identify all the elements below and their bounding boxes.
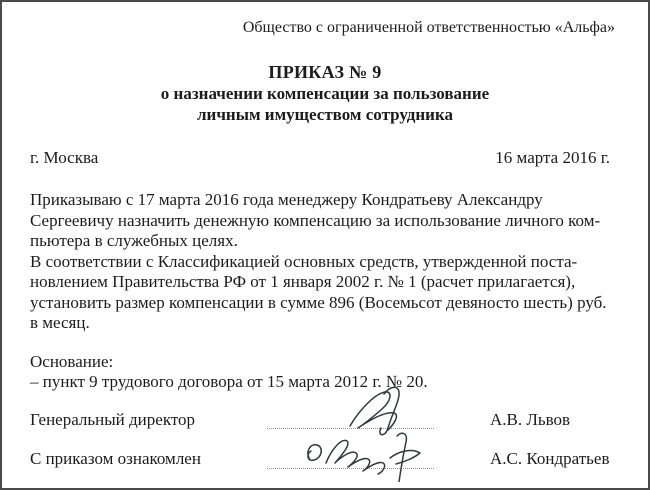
director-role-label: Генеральный директор <box>30 410 195 430</box>
place-date-row: г. Москва 16 марта 2016 г. <box>30 147 610 168</box>
director-signature-line <box>267 428 434 429</box>
order-title: ПРИКАЗ № 9 <box>2 62 648 83</box>
body-line: новлением Правительства РФ от 1 января 2… <box>30 272 624 293</box>
employee-role-label: С приказом ознакомлен <box>30 449 201 469</box>
body-line: Приказываю с 17 марта 2016 года менеджер… <box>30 190 624 211</box>
order-subtitle-line-2: личным имуществом сотрудника <box>2 104 648 125</box>
body-line: В соответствии с Классификацией основных… <box>30 252 624 273</box>
company-name: Общество с ограниченной ответственностью… <box>2 2 648 38</box>
employee-signature-line <box>267 468 434 469</box>
employee-signature <box>302 430 442 482</box>
document-date: 16 марта 2016 г. <box>495 147 610 168</box>
body-line: в месяц. <box>30 313 624 334</box>
order-title-block: ПРИКАЗ № 9 о назначении компенсации за п… <box>2 62 648 125</box>
body-line: Сергеевичу назначить денежную компенсаци… <box>30 211 624 232</box>
director-signature <box>340 386 430 438</box>
body-line: установить размер компенсации в сумме 89… <box>30 293 624 314</box>
order-body: Приказываю с 17 марта 2016 года менеджер… <box>30 190 624 334</box>
order-document-page: Общество с ограниченной ответственностью… <box>0 0 650 490</box>
order-subtitle-line-1: о назначении компенсации за пользование <box>2 83 648 104</box>
basis-item: – пункт 9 трудового договора от 15 марта… <box>30 372 624 393</box>
basis-label: Основание: <box>30 352 624 373</box>
director-name: А.В. Львов <box>490 410 570 430</box>
document-place: г. Москва <box>30 147 98 168</box>
body-line: пьютера в служебных целях. <box>30 231 624 252</box>
employee-name: А.С. Кондратьев <box>490 449 609 469</box>
signatures-section: Генеральный директор А.В. Львов С приказ… <box>2 402 648 490</box>
basis-section: Основание: – пункт 9 трудового договора … <box>30 352 624 393</box>
